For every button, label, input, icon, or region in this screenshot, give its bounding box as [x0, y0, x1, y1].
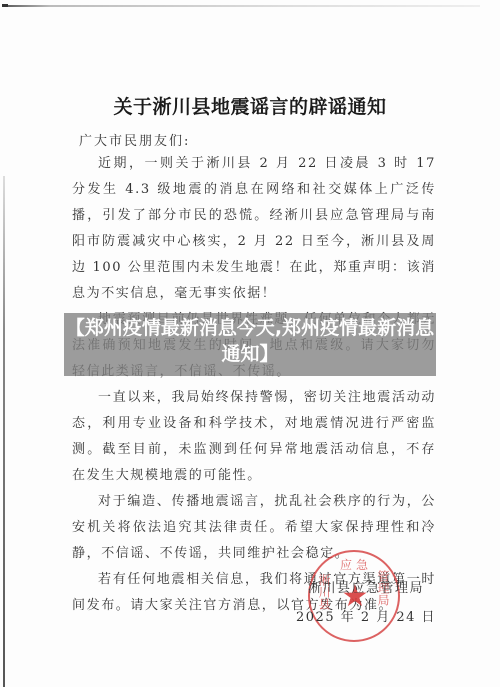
page-left-edge — [3, 176, 5, 687]
document-body: 近期，一则关于淅川县 2 月 22 日凌晨 3 时 17 分发生 4.3 级地震… — [72, 151, 436, 619]
page-top-edge — [2, 5, 480, 7]
seal-text-top: 应急 — [340, 556, 372, 573]
document-page: 关于淅川县地震谣言的辟谣通知 广大市民朋友们: 近期，一则关于淅川县 2 月 2… — [0, 0, 500, 687]
paragraph-1: 近期，一则关于淅川县 2 月 22 日凌晨 3 时 17 分发生 4.3 级地震… — [72, 151, 436, 307]
headline-overlay-text: 【郑州疫情最新消息今天,郑州疫情最新消息通知】 — [64, 315, 436, 367]
document-title: 关于淅川县地震谣言的辟谣通知 — [0, 92, 500, 119]
paragraph-3: 一直以来，我局始终保持警惕，密切关注地震活动动态，利用专业设备和科学技术，对地震… — [72, 385, 436, 489]
signature-date: 2025 年 2 月 24 日 — [296, 603, 436, 632]
signature-block: 淅川县应急管理局 2025 年 2 月 24 日 — [296, 574, 436, 632]
paragraph-4: 对于编造、传播地震谣言，扰乱社会秩序的行为，公安机关将依法追究其法律责任。希望大… — [72, 489, 436, 567]
page-corner — [2, 4, 8, 7]
salutation: 广大市民朋友们: — [79, 130, 190, 149]
signature-organization: 淅川县应急管理局 — [296, 574, 436, 603]
